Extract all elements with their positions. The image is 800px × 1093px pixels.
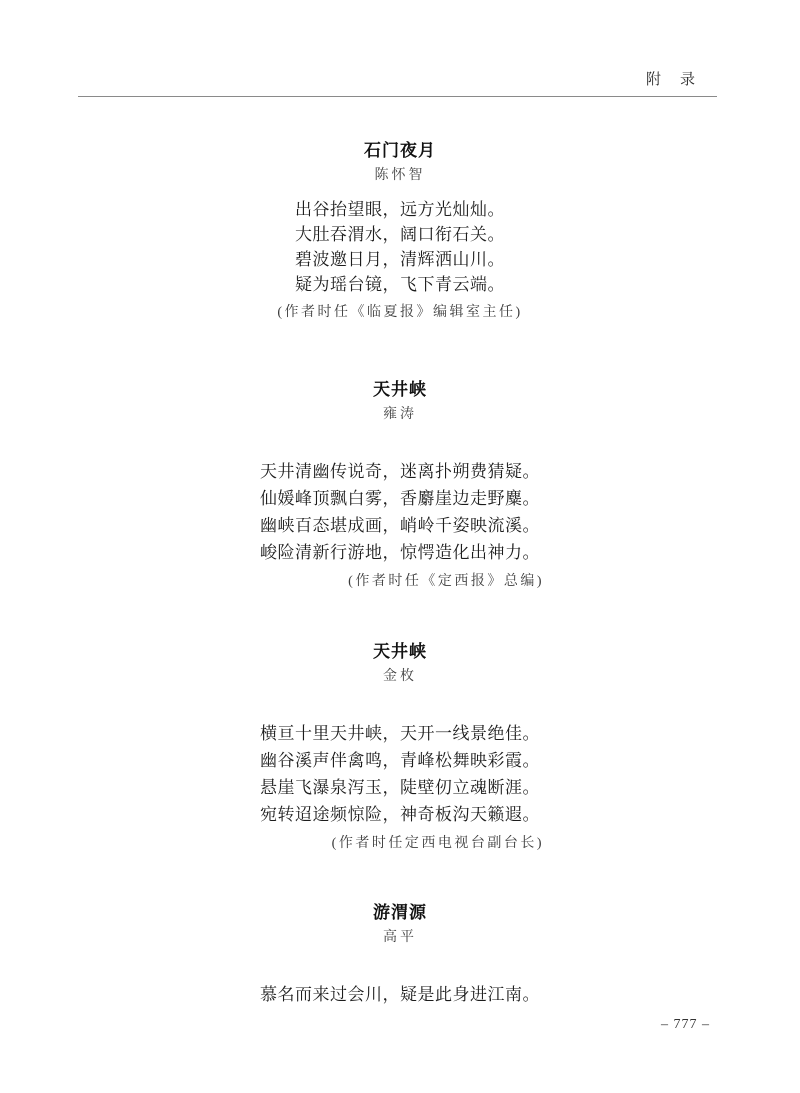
verse-line: 疑为瑶台镜，飞下青云端。 <box>230 272 570 297</box>
verse-line: 幽谷溪声伴禽鸣，青峰松舞映彩霞。 <box>230 747 570 774</box>
verse-line: 仙媛峰顶飘白雾，香麝崖边走野麋。 <box>230 485 570 512</box>
verse-line: 慕名而来过会川，疑是此身进江南。 <box>230 981 570 1008</box>
poem-section-4: 游渭源 高平 慕名而来过会川，疑是此身进江南。 <box>0 903 800 1008</box>
verse-block: 慕名而来过会川，疑是此身进江南。 <box>230 981 570 1008</box>
verse-line: 悬崖飞瀑泉泻玉，陡壁仞立魂断涯。 <box>230 774 570 801</box>
verse-line: 宛转迢途频惊险，神奇板沟天籁遐。 <box>230 801 570 828</box>
verse-line: 出谷抬望眼，远方光灿灿。 <box>230 197 570 222</box>
poem-title: 天井峡 <box>0 380 800 400</box>
verse-block: 天井清幽传说奇，迷离扑朔费猜疑。 仙媛峰顶飘白雾，香麝崖边走野麋。 幽峡百态堪成… <box>230 458 570 594</box>
poem-title: 天井峡 <box>0 642 800 662</box>
poem-section-1: 石门夜月 陈怀智 出谷抬望眼，远方光灿灿。 大肚吞渭水，阔口衔石关。 碧波邀日月… <box>0 141 800 325</box>
poem-title: 石门夜月 <box>0 141 800 161</box>
poem-author: 雍涛 <box>0 406 800 424</box>
poem-author: 陈怀智 <box>0 167 800 185</box>
poem-author: 金枚 <box>0 668 800 686</box>
verse-line: 大肚吞渭水，阔口衔石关。 <box>230 222 570 247</box>
book-page: 附 录 石门夜月 陈怀智 出谷抬望眼，远方光灿灿。 大肚吞渭水，阔口衔石关。 碧… <box>0 0 800 1093</box>
poem-section-2: 天井峡 雍涛 天井清幽传说奇，迷离扑朔费猜疑。 仙媛峰顶飘白雾，香麝崖边走野麋。… <box>0 380 800 594</box>
poem-attribution: (作者时任《临夏报》编辑室主任) <box>230 300 570 325</box>
verse-line: 横亘十里天井峡，天开一线景绝佳。 <box>230 720 570 747</box>
verse-block: 出谷抬望眼，远方光灿灿。 大肚吞渭水，阔口衔石关。 碧波邀日月，清辉洒山川。 疑… <box>230 197 570 325</box>
verse-line: 峻险清新行游地，惊愕造化出神力。 <box>230 539 570 566</box>
verse-line: 幽峡百态堪成画，峭岭千姿映流溪。 <box>230 512 570 539</box>
header-rule <box>78 96 717 97</box>
running-head: 附 录 <box>646 71 697 89</box>
verse-block: 横亘十里天井峡，天开一线景绝佳。 幽谷溪声伴禽鸣，青峰松舞映彩霞。 悬崖飞瀑泉泻… <box>230 720 570 856</box>
poem-author: 高平 <box>0 929 800 947</box>
poem-title: 游渭源 <box>0 903 800 923</box>
verse-line: 天井清幽传说奇，迷离扑朔费猜疑。 <box>230 458 570 485</box>
verse-line: 碧波邀日月，清辉洒山川。 <box>230 247 570 272</box>
poem-attribution: (作者时任《定西报》总编) <box>230 569 570 594</box>
poem-attribution: (作者时任定西电视台副台长) <box>230 831 570 856</box>
page-number: – 777 – <box>661 1016 710 1034</box>
poem-section-3: 天井峡 金枚 横亘十里天井峡，天开一线景绝佳。 幽谷溪声伴禽鸣，青峰松舞映彩霞。… <box>0 642 800 856</box>
